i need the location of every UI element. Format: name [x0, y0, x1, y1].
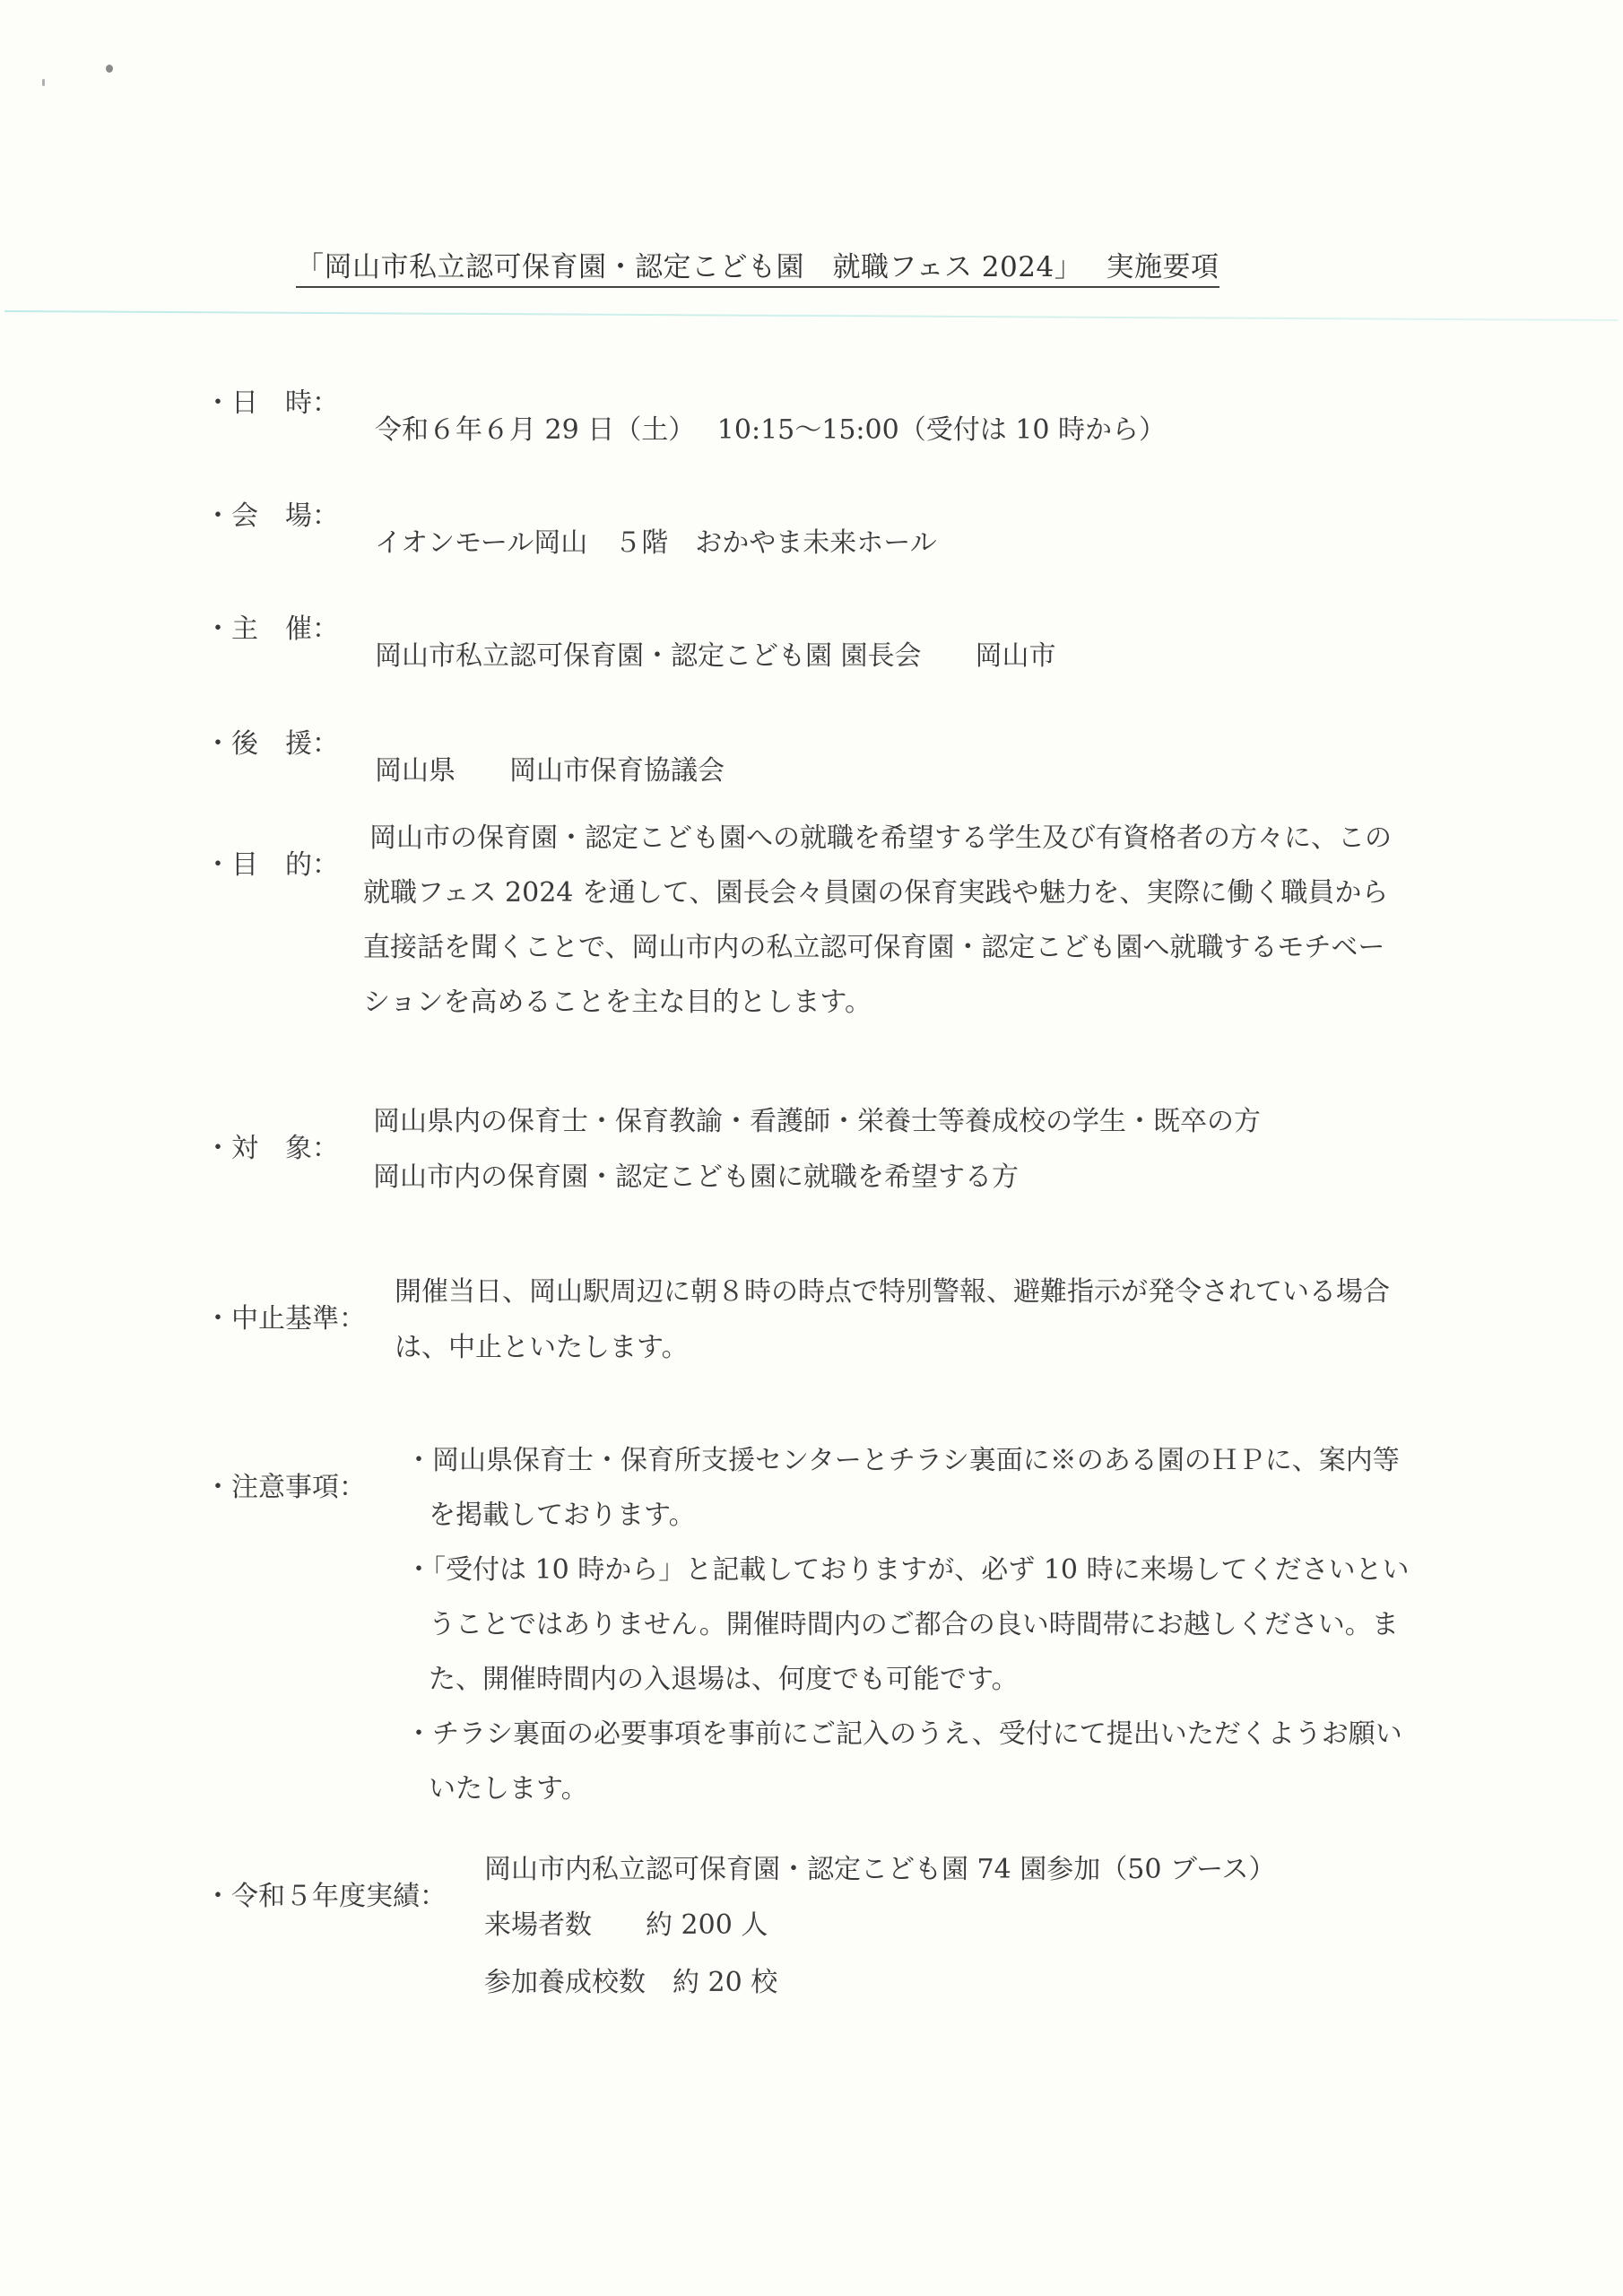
section-label: ・対 象： [204, 1135, 339, 1162]
section-supporter: ・後 援： 岡山県 岡山市保育協議会 [0, 704, 17, 785]
document-title: 「岡山市私立認可保育園・認定こども園 就職フェス 2024」 実施要項 [296, 244, 1219, 288]
section-label: ・目 的： [204, 852, 339, 879]
section-label: ・注意事項： [204, 1474, 366, 1501]
note-line: いたします。 [429, 1776, 588, 1803]
scan-line-artifact [4, 310, 1619, 321]
venue-value: イオンモール岡山 ５階 おかやま未来ホール [375, 530, 937, 557]
cancellation-line: は、中止といたします。 [395, 1335, 689, 1361]
purpose-line: 直接話を聞くことで、岡山市内の私立認可保育園・認定こども園へ就職するモチベー [363, 935, 1384, 961]
results-line: 岡山市内私立認可保育園・認定こども園 74 園参加（50 ブース） [484, 1857, 1276, 1883]
section-organizer: ・主 催： 岡山市私立認可保育園・認定こども園 園長会 岡山市 [0, 589, 17, 670]
organizer-value: 岡山市私立認可保育園・認定こども園 園長会 岡山市 [375, 643, 1056, 670]
target-line: 岡山市内の保育園・認定こども園に就職を希望する方 [373, 1164, 1019, 1191]
scan-speck [106, 65, 113, 73]
note-line: を掲載しております。 [429, 1502, 696, 1529]
results-line: 参加養成校数 約 20 校 [484, 1970, 777, 1996]
note-line: ・「受付は 10 時から」と記載しておりますが、必ず 10 時に来場してください… [405, 1557, 1410, 1584]
section-datetime: ・日 時： 令和６年６月 29 日（土） 10:15～15:00（受付は 10 … [0, 363, 17, 444]
section-notes: ・注意事項： ・岡山県保育士・保育所支援センターとチラシ裏面に※のある園のＨＰに… [0, 1448, 17, 1690]
note-line: た、開催時間内の入退場は、何度でも可能です。 [429, 1666, 1019, 1693]
section-purpose: ・目 的： 岡山市の保育園・認定こども園への就職を希望する学生及び有資格者の方々… [0, 825, 17, 987]
note-line: ・チラシ裏面の必要事項を事前にご記入のうえ、受付にて提出いただくようお願い [405, 1721, 1402, 1748]
purpose-line: 岡山市の保育園・認定こども園への就職を希望する学生及び有資格者の方々に、この [369, 825, 1392, 852]
section-label: ・令和５年度実績： [204, 1883, 447, 1910]
note-line: ・岡山県保育士・保育所支援センターとチラシ裏面に※のある園のＨＰに、案内等 [405, 1448, 1400, 1474]
section-target: ・対 象： 岡山県内の保育士・保育教諭・看護師・栄養士等養成校の学生・既卒の方 … [0, 1109, 17, 1216]
section-label: ・後 援： [204, 731, 339, 758]
target-line: 岡山県内の保育士・保育教諭・看護師・栄養士等養成校の学生・既卒の方 [373, 1109, 1261, 1135]
scan-speck [42, 79, 45, 86]
purpose-line: ションを高めることを主な目的とします。 [363, 989, 872, 1016]
section-label: ・日 時： [204, 390, 339, 417]
cancellation-line: 開催当日、岡山駅周辺に朝８時の時点で特別警報、避難指示が発令されている場合 [395, 1279, 1390, 1306]
datetime-value: 令和６年６月 29 日（土） 10:15～15:00（受付は 10 時から） [375, 417, 1166, 444]
section-venue: ・会 場： イオンモール岡山 ５階 おかやま未来ホール [0, 476, 17, 557]
note-line: うことではありません。開催時間内のご都合の良い時間帯にお越しください。ま [429, 1612, 1399, 1639]
section-label: ・中止基準： [204, 1306, 366, 1333]
supporter-value: 岡山県 岡山市保育協議会 [375, 758, 725, 785]
purpose-line: 就職フェス 2024 を通して、園長会々員園の保育実践や魅力を、実際に働く職員か… [363, 880, 1388, 907]
section-cancellation: ・中止基準： 開催当日、岡山駅周辺に朝８時の時点で特別警報、避難指示が発令されて… [0, 1279, 17, 1387]
section-label: ・会 場： [204, 503, 339, 530]
results-line: 来場者数 約 200 人 [484, 1912, 768, 1939]
section-label: ・主 催： [204, 616, 339, 643]
section-results-r5: ・令和５年度実績： 岡山市内私立認可保育園・認定こども園 74 園参加（50 ブ… [0, 1857, 17, 1991]
